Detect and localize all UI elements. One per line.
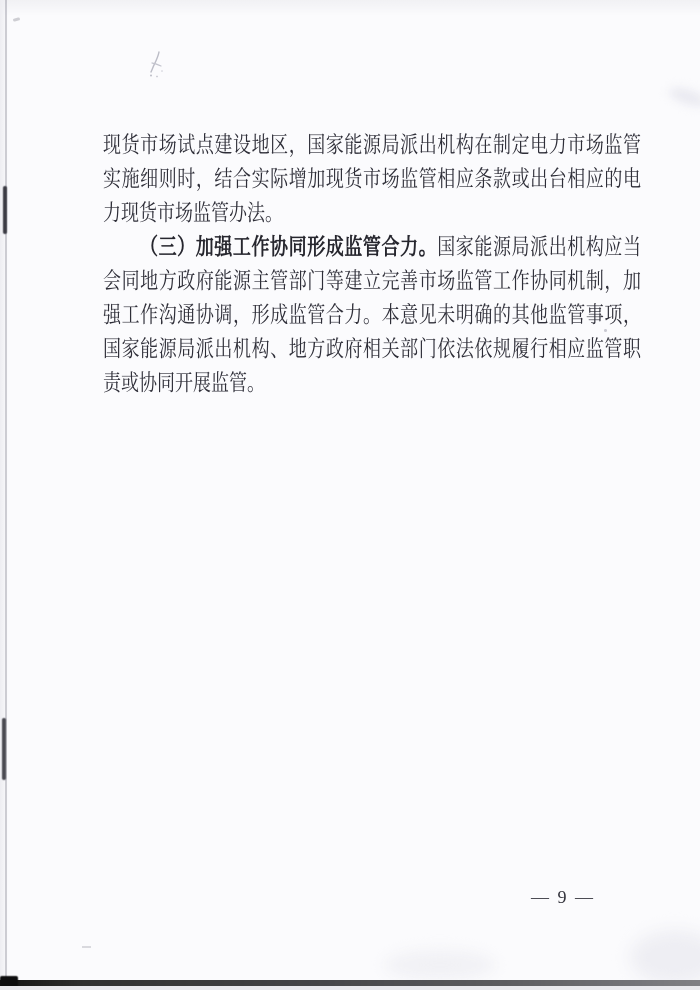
faint-tick-artifact bbox=[82, 946, 91, 948]
scan-top-shade bbox=[0, 0, 700, 16]
page-edge-dark-segment-lower bbox=[2, 718, 6, 780]
below-scan-edge bbox=[0, 986, 700, 990]
scanned-page: 现货市场试点建设地区，国家能源局派出机构在制定电力市场监管 实施细则时，结合实际… bbox=[0, 0, 700, 990]
text-run: 国家能源局派出机构应当 bbox=[437, 235, 641, 260]
scan-streak bbox=[667, 84, 700, 110]
scan-smudge bbox=[385, 950, 495, 980]
paragraph-2: （三）加强工作协同形成监管合力。国家能源局派出机构应当 会同地方政府能源主管部门… bbox=[103, 230, 641, 400]
document-text-block: 现货市场试点建设地区，国家能源局派出机构在制定电力市场监管 实施细则时，结合实际… bbox=[103, 128, 641, 400]
scan-smudge bbox=[630, 930, 700, 985]
text-line: 责或协同开展监管。 bbox=[103, 362, 641, 405]
section-heading: （三）加强工作协同形成监管合力。 bbox=[140, 235, 437, 260]
page-edge-dark-segment-upper bbox=[3, 186, 7, 234]
corner-dash-artifact bbox=[13, 17, 21, 22]
paragraph-1: 现货市场试点建设地区，国家能源局派出机构在制定电力市场监管 实施细则时，结合实际… bbox=[103, 128, 641, 230]
page-number: — 9 — bbox=[513, 885, 613, 909]
pencil-scribble-mark bbox=[148, 50, 168, 80]
page-edge-shadow-line bbox=[5, 0, 7, 990]
